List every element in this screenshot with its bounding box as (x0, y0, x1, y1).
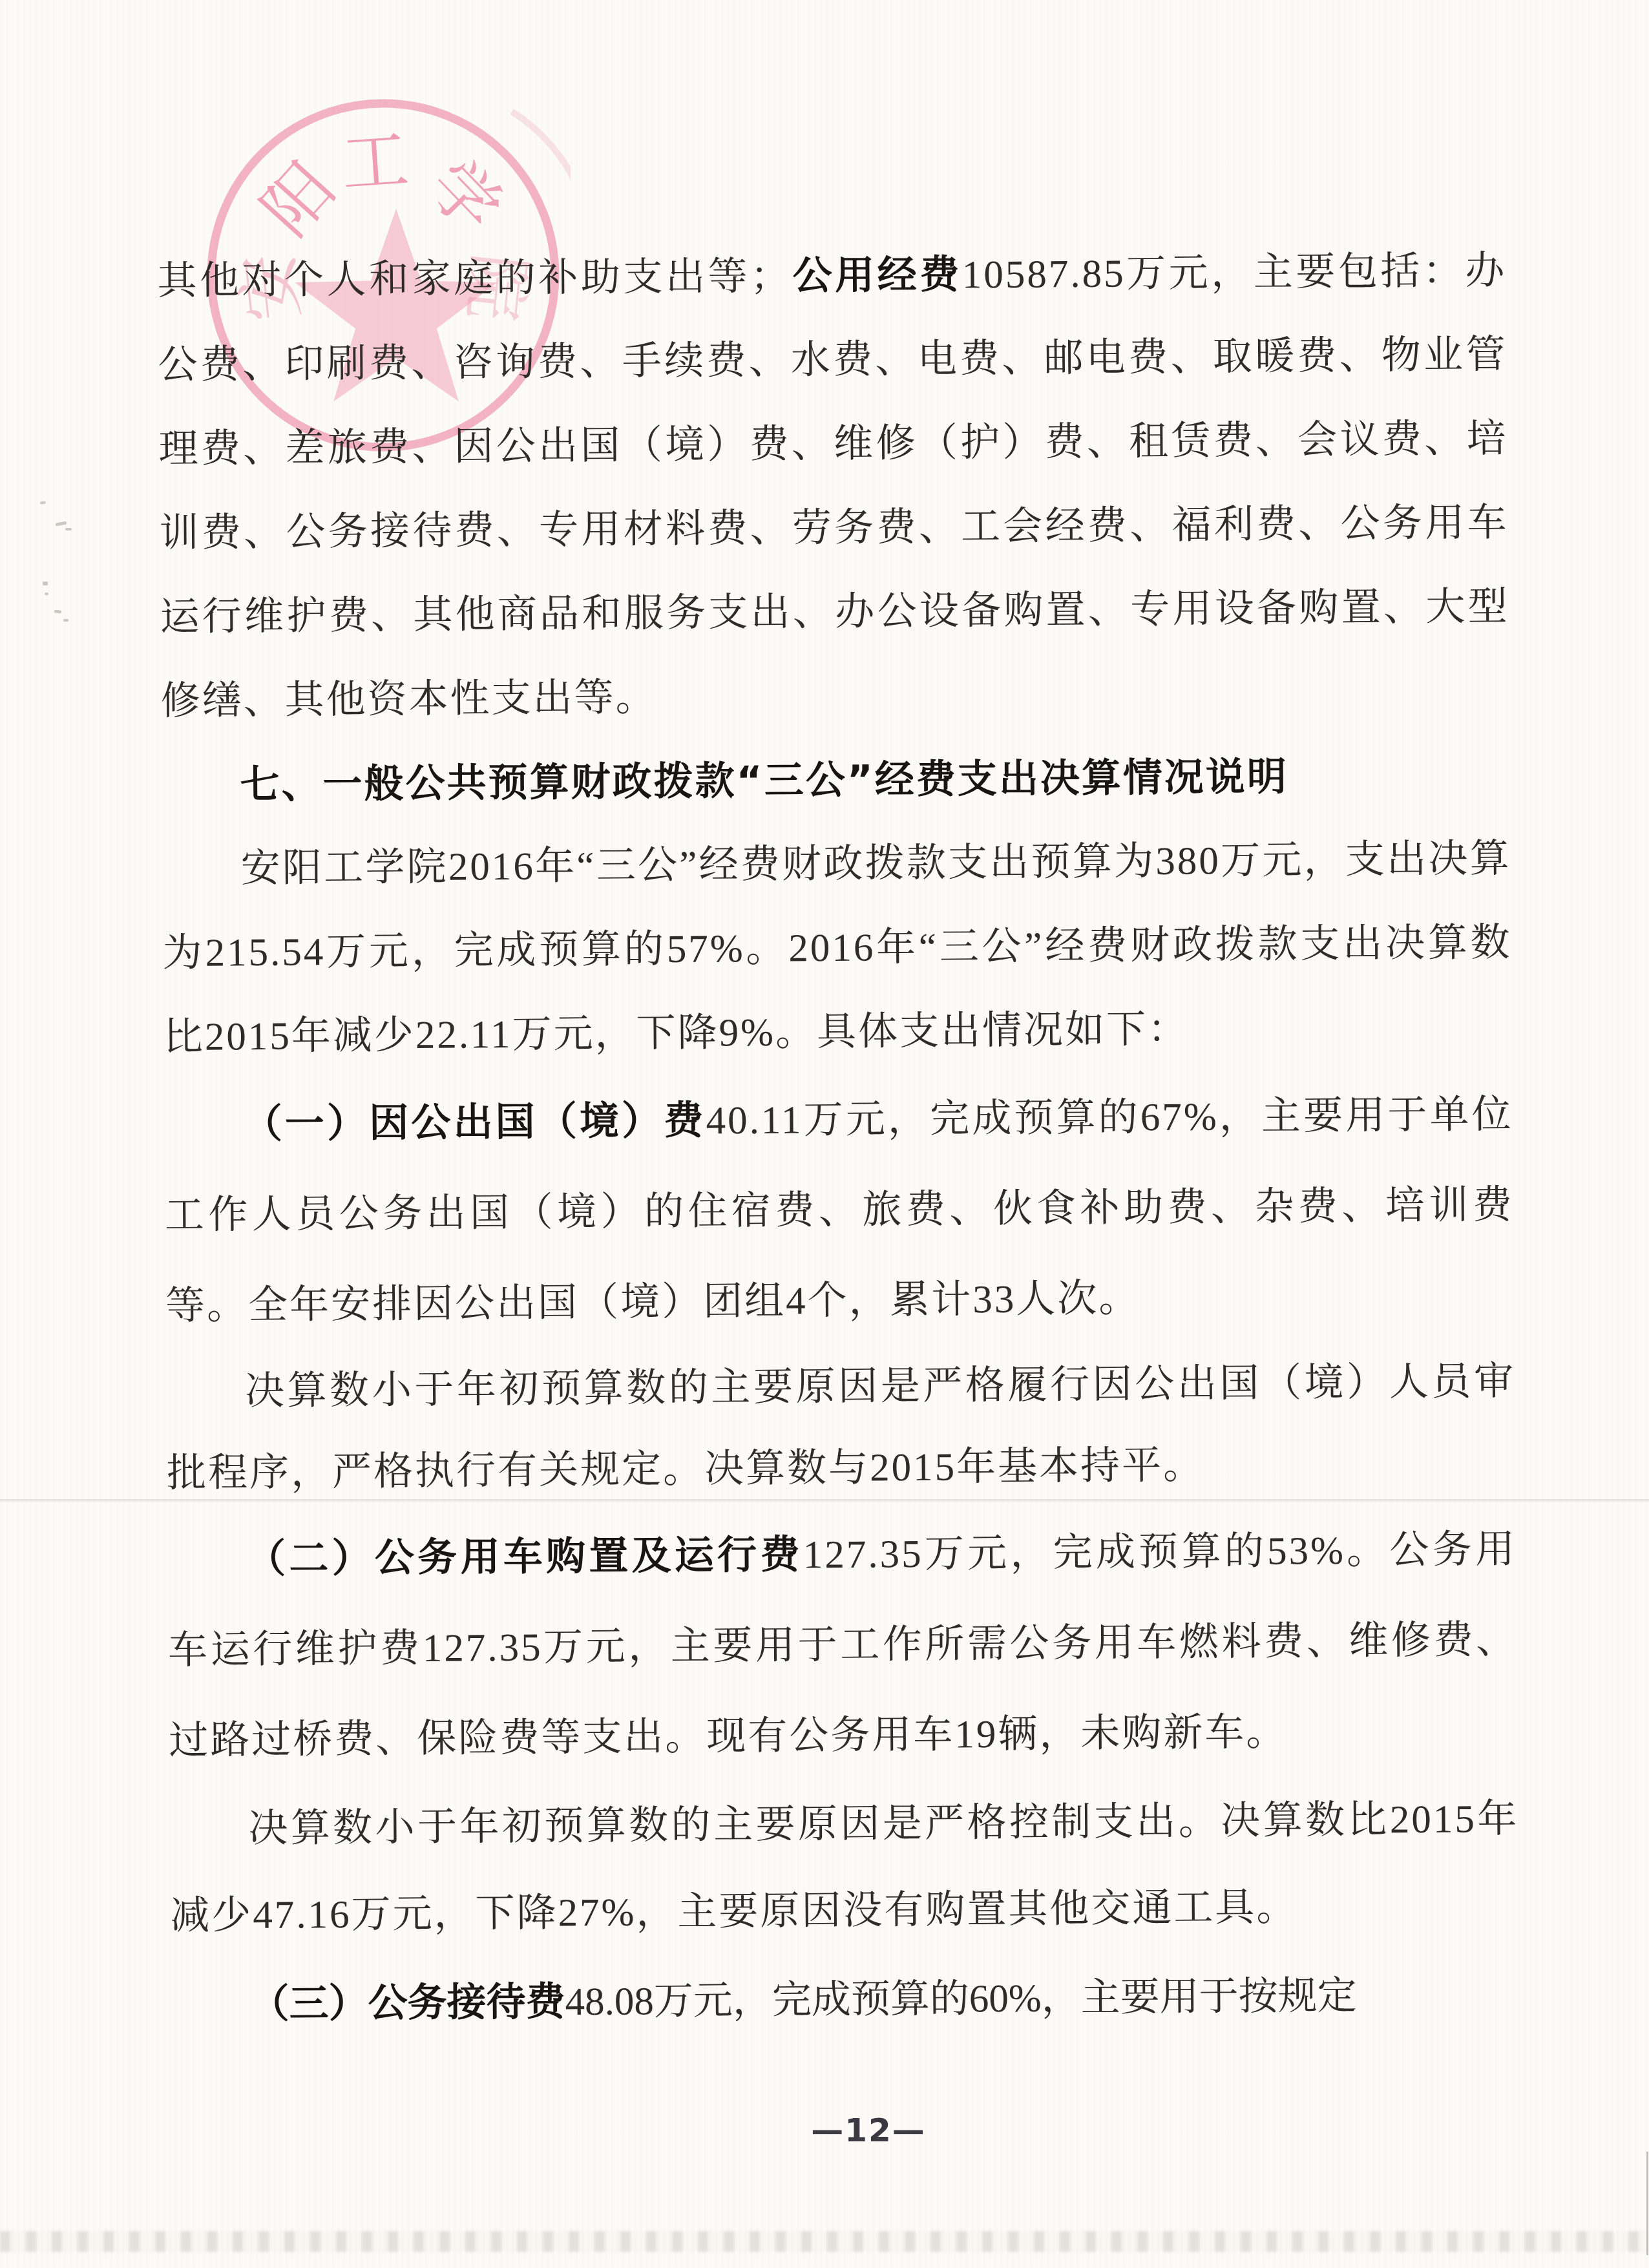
document-body: 其他对个人和家庭的补助支出等；公用经费10587.85万元，主要包括：办公费、印… (157, 229, 1520, 2051)
bold-term: 公用经费 (792, 251, 962, 299)
scan-speck (45, 593, 48, 595)
paragraph-public-funds: 其他对个人和家庭的补助支出等；公用经费10587.85万元，主要包括：办公费、印… (157, 229, 1510, 744)
paragraph-vehicle-note: 决算数小于年初预算数的主要原因是严格控制支出。决算数比2015年减少47.16万… (169, 1776, 1520, 1960)
scan-speck (63, 619, 68, 622)
text-run: 10587.85万元，主要包括：办公费、印刷费、咨询费、手续费、水费、电费、邮电… (158, 249, 1509, 723)
scan-speck (54, 609, 61, 613)
paragraph-abroad-note: 决算数小于年初预算数的主要原因是严格履行因公出国（境）人员审批程序，严格执行有关… (166, 1341, 1517, 1515)
paragraph-reception-fee: （三）公务接待费48.08万元，完成预算的60%，主要用于按规定 (171, 1949, 1520, 2051)
paragraph-abroad-fee: （一）因公出国（境）费40.11万元，完成预算的67%，主要用于单位工作人员公务… (163, 1069, 1515, 1352)
scanner-edge-shadow (0, 2231, 1649, 2252)
section-heading: 七、一般公共预算财政拨款“三公”经费支出决算情况说明 (161, 733, 1511, 828)
scan-speck (43, 582, 48, 585)
scan-speck (56, 521, 67, 527)
scanned-document-page: 安 阳 工 学 院 其他对个人和家庭的补助支出等；公用经费10587.85万元，… (0, 0, 1649, 2268)
text-run: 其他对个人和家庭的补助支出等； (157, 255, 792, 303)
page-number: —12— (44, 2112, 1649, 2149)
paragraph-summary: 安阳工学院2016年“三公”经费财政拨款支出预算为380万元，支出决算为215.… (162, 817, 1513, 1080)
seal-char: 学 (414, 145, 517, 248)
bold-subheading: （三）公务接待费 (249, 1979, 565, 2027)
seal-char: 工 (339, 120, 412, 204)
scan-speck (40, 501, 46, 504)
scan-speck (65, 528, 72, 530)
text-run: 48.08万元，完成预算的60%，主要用于按规定 (565, 1975, 1357, 2024)
scanner-edge-line (1646, 2152, 1648, 2255)
bold-subheading: （二）公务用车购置及运行费 (246, 1531, 803, 1582)
seal-char: 阳 (247, 148, 350, 251)
bold-subheading: （一）因公出国（境）费 (243, 1098, 706, 1148)
paragraph-vehicle-fee: （二）公务用车购置及运行费127.35万元，完成预算的53%。公务用车运行维护费… (167, 1504, 1518, 1787)
